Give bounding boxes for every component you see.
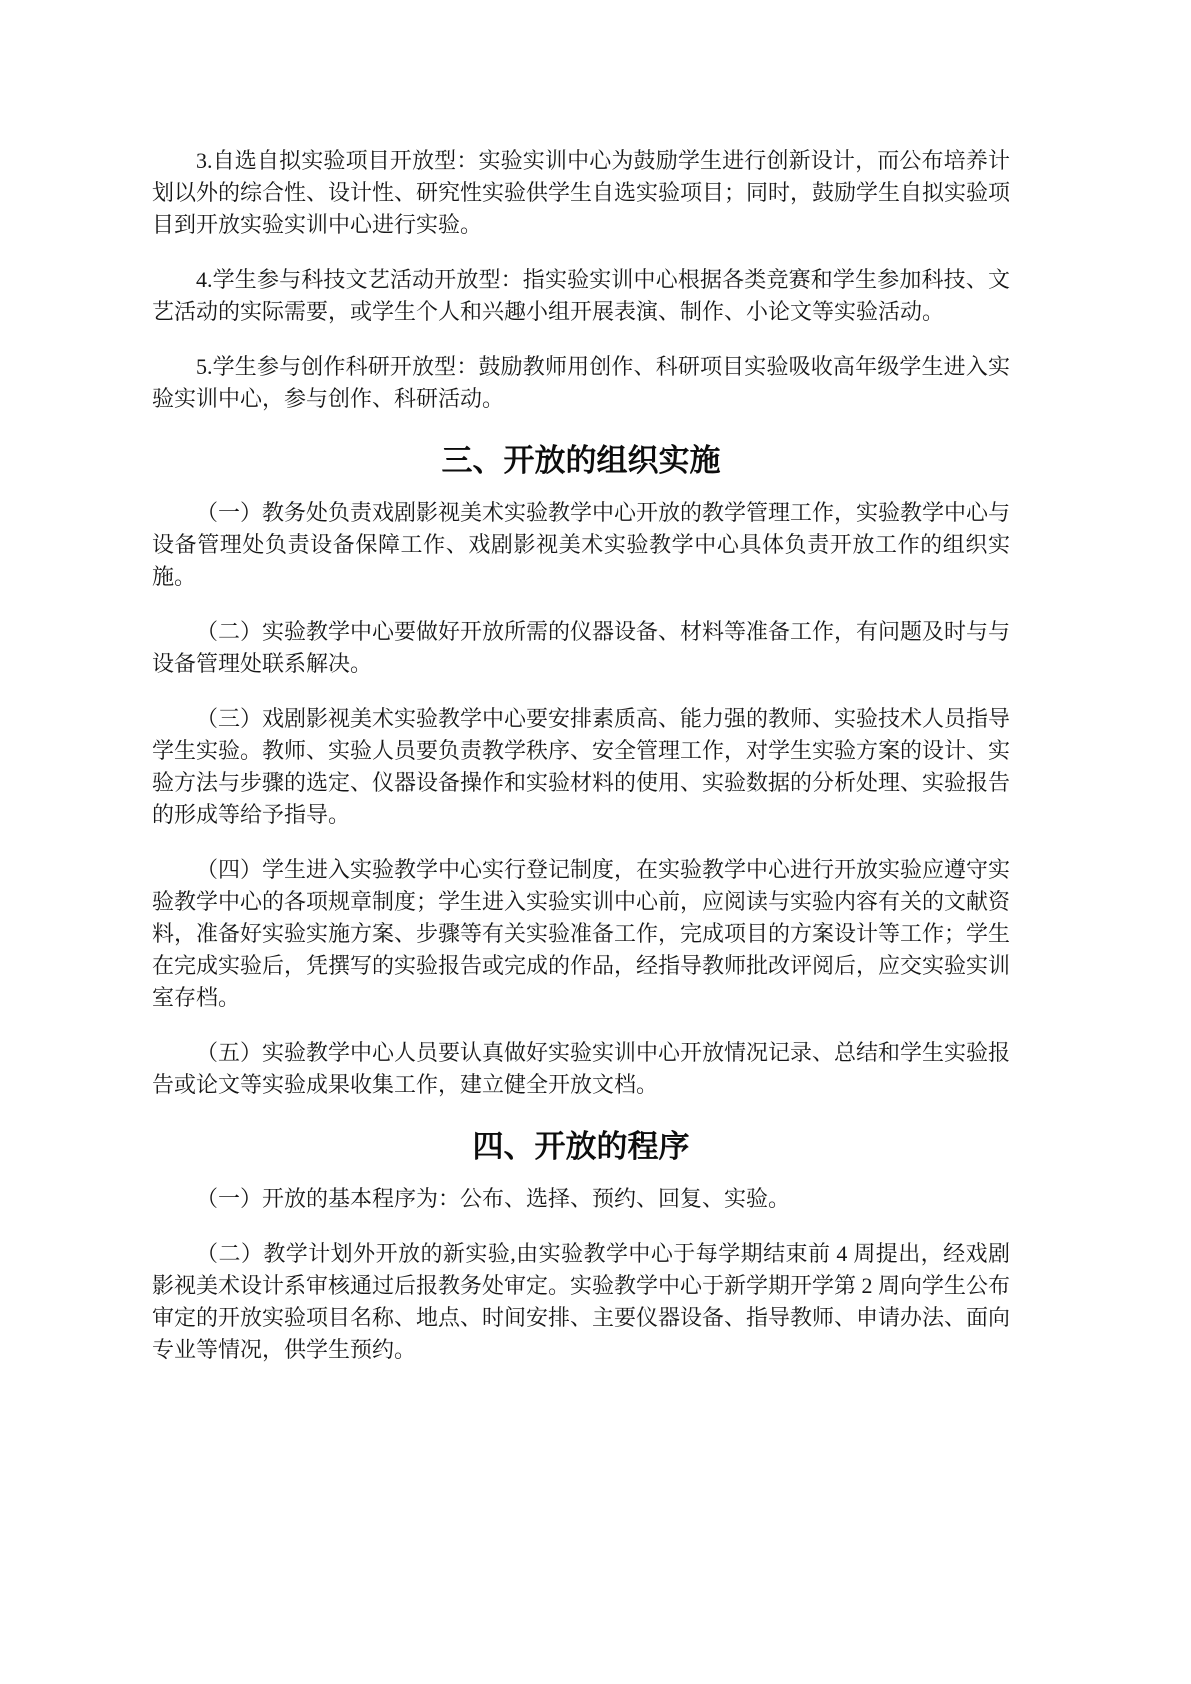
section3-item-1: （一）教务处负责戏剧影视美术实验教学中心开放的教学管理工作，实验教学中心与设备管… [152,497,1010,593]
heading-section-3-organization: 三、开放的组织实施 [152,438,1010,484]
numbered-item-4: 4.学生参与科技文艺活动开放型：指实验实训中心根据各类竞赛和学生参加科技、文艺活… [152,264,1010,328]
section4-item-2: （二）教学计划外开放的新实验,由实验教学中心于每学期结束前 4 周提出，经戏剧影… [152,1238,1010,1366]
heading-section-4-procedure: 四、开放的程序 [152,1124,1010,1170]
section3-item-2: （二）实验教学中心要做好开放所需的仪器设备、材料等准备工作，有问题及时与与设备管… [152,616,1010,680]
document-content: 3.自选自拟实验项目开放型：实验实训中心为鼓励学生进行创新设计，而公布培养计划以… [152,145,1010,1389]
section4-item-1: （一）开放的基本程序为：公布、选择、预约、回复、实验。 [152,1183,1010,1215]
section3-item-5: （五）实验教学中心人员要认真做好实验实训中心开放情况记录、总结和学生实验报告或论… [152,1037,1010,1101]
section3-item-4: （四）学生进入实验教学中心实行登记制度，在实验教学中心进行开放实验应遵守实验教学… [152,854,1010,1014]
section3-item-3: （三）戏剧影视美术实验教学中心要安排素质高、能力强的教师、实验技术人员指导学生实… [152,703,1010,831]
document-page: 3.自选自拟实验项目开放型：实验实训中心为鼓励学生进行创新设计，而公布培养计划以… [0,0,1191,1684]
numbered-item-3: 3.自选自拟实验项目开放型：实验实训中心为鼓励学生进行创新设计，而公布培养计划以… [152,145,1010,241]
numbered-item-5: 5.学生参与创作科研开放型：鼓励教师用创作、科研项目实验吸收高年级学生进入实验实… [152,351,1010,415]
